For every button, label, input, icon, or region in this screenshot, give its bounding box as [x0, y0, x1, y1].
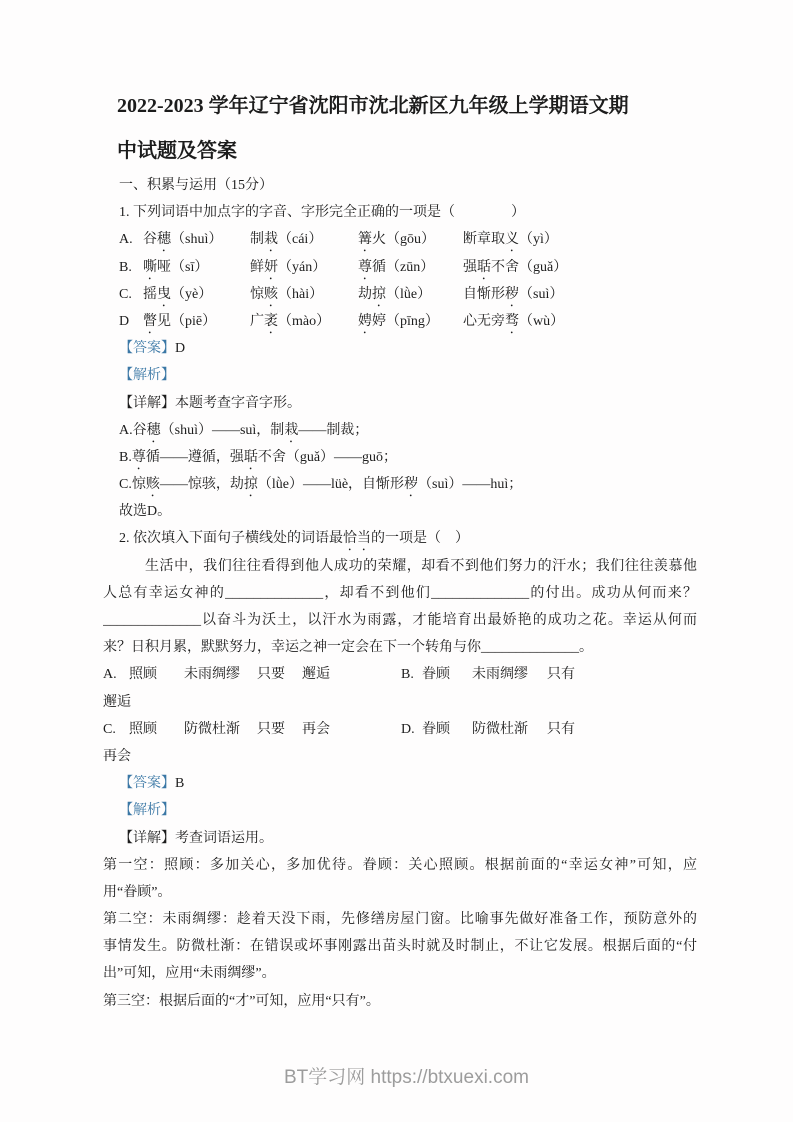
option-item: 防微杜渐 [184, 716, 257, 743]
option-item: 未雨绸缪 [472, 661, 547, 688]
q2-option-row-ab: A. 照顾 未雨绸缪 只要 邂逅 B. 眷顾 未雨绸缪 只有 [103, 661, 697, 688]
option-item: 尊循（zūn） [358, 254, 463, 281]
q2-answer-line: 【答案】B [103, 770, 697, 797]
footer-link[interactable]: BT学习网 https://btxuexi.com [284, 1062, 529, 1089]
q1-analysis-line: 【解析】 [103, 362, 697, 389]
option-label: A. [103, 661, 129, 688]
q1-option-row-b: B. 嘶哑（sī） 鲜妍（yán） 尊循（zūn） 强聒不舍（guǎ） [103, 254, 697, 281]
q1-option-row-a: A. 谷穗（shuì） 制栽（cái） 篝火（gōu） 断章取义（yì） [103, 226, 697, 253]
option-item: 鲜妍（yán） [250, 254, 358, 281]
answer-label: 【答案】 [119, 341, 175, 356]
q2-detail-line: 用“眷顾”。 [103, 879, 697, 906]
option-item: 心无旁骛（wù） [463, 308, 697, 335]
option-item: 瞥见（piē） [143, 308, 250, 335]
q2-passage-line: 人总有幸运女神的______________，却看不到他们___________… [103, 580, 697, 607]
q1-detail-line: A.谷穗（shuì）——suì，制栽——制裁； [103, 417, 697, 444]
option-item: 篝火（gōu） [358, 226, 463, 253]
document-body: 一、积累与运用（15分） 1. 下列词语中加点字的字音、字形完全正确的一项是（ … [103, 172, 697, 1015]
option-item: 谷穗（shuì） [143, 226, 250, 253]
option-item: 劫掠（lǜe） [358, 281, 463, 308]
answer-label: 【答案】 [119, 776, 175, 791]
q2-detail-line: 第三空：根据后面的“才”可知，应用“只有”。 [103, 988, 697, 1015]
q1-stem: 1. 下列词语中加点字的字音、字形完全正确的一项是（ ） [103, 199, 697, 226]
option-item: 惊赅（hài） [250, 281, 358, 308]
analysis-label: 【解析】 [119, 368, 175, 383]
option-item: 摇曳（yè） [143, 281, 250, 308]
option-label: B. [119, 254, 143, 281]
answer-value: B [175, 776, 184, 791]
q1-answer-line: 【答案】D [103, 335, 697, 362]
q1-detail-intro: 【详解】本题考查字音字形。 [103, 390, 697, 417]
option-item: 未雨绸缪 [184, 661, 257, 688]
option-item: 只有 [547, 716, 697, 743]
option-item: 眷顾 [422, 716, 472, 743]
q2-analysis-line: 【解析】 [103, 797, 697, 824]
q2-option-carry: 邂逅 [103, 689, 697, 716]
q2-detail-line: 第二空：未雨绸缪：趁着天没下雨，先修缮房屋门窗。比喻事先做好准备工作，预防意外的 [103, 906, 697, 933]
answer-value: D [175, 341, 185, 356]
q1-detail-line: B.尊循——遵循，强聒不舍（guǎ）——guō； [103, 444, 697, 471]
option-item: 照顾 [129, 716, 184, 743]
page-title-line-1: 2022-2023 学年辽宁省沈阳市沈北新区九年级上学期语文期 [117, 84, 717, 129]
q2-detail-intro: 【详解】考查词语运用。 [103, 825, 697, 852]
option-item: 眷顾 [422, 661, 472, 688]
option-item: 断章取义（yì） [463, 226, 697, 253]
option-item: 只有 [547, 661, 697, 688]
option-label: D [119, 308, 143, 335]
option-item: 只要 [257, 716, 302, 743]
q2-passage-line: 生活中，我们往往看得到他人成功的荣耀，却看不到他们努力的汗水；我们往往羡慕他 [103, 553, 697, 580]
option-item: 只要 [257, 661, 302, 688]
q2-detail-line: 事情发生。防微杜渐：在错误或坏事刚露出苗头时就及时制止，不让它发展。根据后面的“… [103, 933, 697, 960]
q2-detail-line: 第一空：照顾：多加关心，多加优待。眷顾：关心照顾。根据前面的“幸运女神”可知，应 [103, 852, 697, 879]
q2-passage-line: ______________以奋斗为沃土，以汗水为雨露，才能培育出最娇艳的成功之… [103, 607, 697, 634]
q2-passage-line: 来？日积月累，默默努力，幸运之神一定会在下一个转角与你_____________… [103, 634, 697, 661]
option-item: 娉婷（pīng） [358, 308, 463, 335]
q2-option-carry: 再会 [103, 743, 697, 770]
q1-option-row-d: D 瞥见（piē） 广袤（mào） 娉婷（pīng） 心无旁骛（wù） [103, 308, 697, 335]
option-item: 照顾 [129, 661, 184, 688]
option-item: 制栽（cái） [250, 226, 358, 253]
section-heading: 一、积累与运用（15分） [103, 172, 697, 199]
option-item: 再会 [302, 716, 401, 743]
q2-option-row-cd: C. 照顾 防微杜渐 只要 再会 D. 眷顾 防微杜渐 只有 [103, 716, 697, 743]
option-label: D. [401, 716, 422, 743]
option-item: 嘶哑（sī） [143, 254, 250, 281]
q1-option-row-c: C. 摇曳（yè） 惊赅（hài） 劫掠（lǜe） 自惭形秽（suì） [103, 281, 697, 308]
option-label: C. [119, 281, 143, 308]
option-item: 防微杜渐 [472, 716, 547, 743]
page-title: 2022-2023 学年辽宁省沈阳市沈北新区九年级上学期语文期 中试题及答案 [117, 84, 717, 174]
option-label: C. [103, 716, 129, 743]
option-item: 自惭形秽（suì） [463, 281, 697, 308]
q2-stem: 2. 依次填入下面句子横线处的词语最恰当的一项是（ ） [103, 525, 697, 552]
option-item: 广袤（mào） [250, 308, 358, 335]
q2-detail-line: 出”可知，应用“未雨绸缪”。 [103, 960, 697, 987]
option-label: A. [119, 226, 143, 253]
q1-detail-line: 故选D。 [103, 498, 697, 525]
q1-detail-line: C.惊赅——惊骇，劫掠（lǜe）——lüè，自惭形秽（suì）——huì； [103, 471, 697, 498]
option-item: 邂逅 [302, 661, 401, 688]
option-item: 强聒不舍（guǎ） [463, 254, 697, 281]
page-title-line-2: 中试题及答案 [117, 129, 717, 174]
option-label: B. [401, 661, 422, 688]
analysis-label: 【解析】 [119, 803, 175, 818]
